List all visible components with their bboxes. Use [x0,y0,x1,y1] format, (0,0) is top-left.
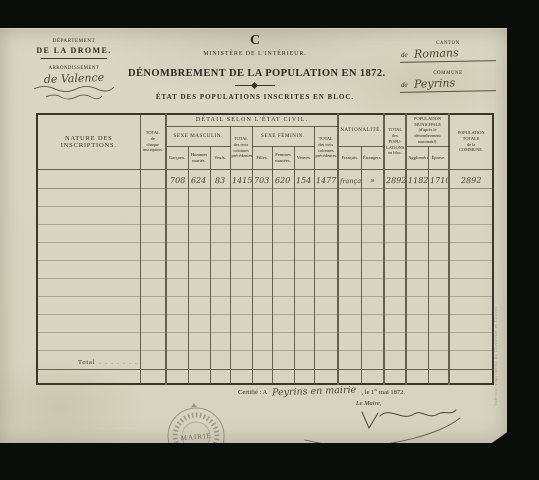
mayor-signature [300,400,480,443]
value-agglomeree: 1182 [408,174,428,184]
empty-entry-row [37,314,493,332]
value-etrangers: » [370,174,375,184]
col-header-femmes-mariees: Femmes mariées. [272,146,294,169]
canton-commune-block: CANTON de Romans COMMUNE de Peyrins [397,41,499,92]
commune-handwritten: Peyrins [413,76,455,90]
empty-entry-row [37,188,493,206]
group-header-sexe-masculin: SEXE MASCULIN. [166,126,230,146]
col-header-hommes-maries: Hommes mariés. [188,146,210,169]
value-veufs: 83 [215,174,225,184]
col-header-total-masculin: TOTAL des trois colonnes précédentes. [230,126,252,169]
value-population-totale: 2892 [461,174,482,184]
value-femmes-mariees: 620 [275,174,290,184]
printer-credit: Valence, imprimerie de Chenevier et Chav… [493,276,498,406]
value-eparse: 1710 [429,174,449,184]
total-row: Total . . . . . . . [37,350,493,369]
empty-entry-row [37,278,493,296]
department-rule [41,58,107,59]
col-header-total-inscription: TOTAL de chaque inscription. [140,114,166,169]
canton-handwritten: Romans [413,46,458,61]
col-header-garcons: Garçons. [166,146,188,169]
col-header-filles: Filles. [252,146,272,169]
value-garcons: 708 [170,174,185,184]
page-subtitle: ÉTAT DES POPULATIONS INSCRITES EN BLOC. [128,93,382,101]
department-block: DÉPARTEMENT DE LA DROME. ARRONDISSEMENT … [22,39,126,100]
group-header-sexe-feminin: SEXE FÉMININ. [252,126,314,146]
col-header-total-feminin: TOTAL des trois colonnes précédentes. [314,126,338,169]
page-title: DÉNOMBREMENT DE LA POPULATION EN 1872. [128,68,382,79]
col-header-nature: NATURE DES INSCRIPTIONS. [37,114,140,169]
canton-prefix: de [401,51,408,59]
certified-date: , le 1er mai 1872. [361,387,405,396]
empty-entry-row [37,224,493,242]
group-header-population-municipale: POPULATION MUNICIPALE (d'après le dénomb… [406,114,449,146]
census-table: NATURE DES INSCRIPTIONS. TOTAL de chaque… [36,113,494,385]
col-header-francais: Français. [338,146,361,169]
col-header-veufs: Veufs. [210,146,230,169]
value-francais: française [340,175,361,185]
title-block: C MINISTÈRE DE L'INTÉRIEUR. DÉNOMBREMENT… [128,33,382,101]
form-letter: C [128,33,382,49]
col-header-etrangers: Étrangers. [361,146,384,169]
value-hommes-maries: 624 [191,174,206,184]
commune-prefix: de [401,81,408,89]
flourish-line [32,85,116,93]
col-header-population-totale: POPULATION TOTALE de la COMMUNE. [449,114,493,169]
total-row-label: Total [78,359,95,366]
empty-entry-row [37,332,493,350]
mairie-stamp: MAIRIE [161,398,232,443]
group-header-detail-etat-civil: DÉTAIL SELON L'ÉTAT CIVIL. [166,114,338,126]
value-filles: 703 [254,174,269,184]
flourish-line [44,93,104,100]
total-row-leaders: . . . . . . . [99,360,138,366]
col-header-agglomeree: Agglomérée. [406,146,428,169]
value-total-feminin: 1477 [316,174,337,184]
table-body: 708 624 83 1415 703 620 154 1477 françai… [37,169,493,384]
col-header-veuves: Veuves. [294,146,314,169]
col-header-total-populations: TOTAL des POPU- LATIONS en bloc. [384,114,406,169]
value-total-populations: 2892 [386,174,406,184]
certified-place-handwritten: Peyrins en mairie [272,385,357,399]
scanned-census-form: DÉPARTEMENT DE LA DROME. ARRONDISSEMENT … [0,28,507,443]
certified-prefix: Certifié : A [238,389,267,396]
stamp-text: MAIRIE [180,432,211,442]
department-label: DÉPARTEMENT [22,39,126,44]
value-total-masculin: 1415 [231,174,252,184]
department-value: DE LA DROME. [22,46,126,55]
handwritten-values-row: 708 624 83 1415 703 620 154 1477 françai… [37,169,493,188]
empty-entry-row [37,242,493,260]
empty-entry-row [37,206,493,224]
title-ornament [235,83,275,88]
col-header-eparse: Éparse. [428,146,449,169]
value-veuves: 154 [296,174,311,184]
spacer-row [37,369,493,384]
empty-entry-row [37,296,493,314]
group-header-nationalite: NATIONALITÉ. [338,114,384,146]
empty-entry-row [37,260,493,278]
ministry-line: MINISTÈRE DE L'INTÉRIEUR. [128,51,382,57]
